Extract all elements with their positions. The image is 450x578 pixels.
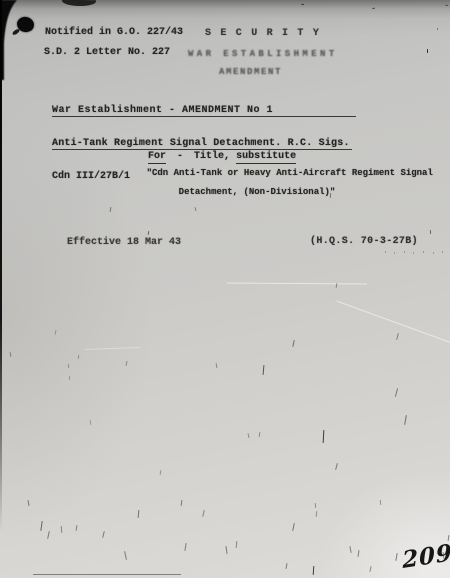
noise-speck bbox=[10, 352, 12, 357]
noise-speck bbox=[160, 470, 162, 475]
noise-speck bbox=[335, 463, 338, 470]
noise-speck bbox=[316, 511, 318, 517]
noise-speck bbox=[47, 531, 50, 539]
noise-speck bbox=[395, 388, 398, 397]
noise-speck bbox=[292, 340, 295, 347]
substituted-title-quote: "Cdn Anti-Tank or Heavy Anti-Aircraft Re… bbox=[125, 159, 417, 216]
noise-speck bbox=[313, 566, 315, 575]
quote-line1: "Cdn Anti-Tank or Heavy Anti-Aircraft Re… bbox=[147, 168, 433, 178]
noise-speck bbox=[315, 503, 317, 508]
noise-speck bbox=[138, 510, 140, 518]
noise-speck bbox=[349, 546, 351, 553]
noise-speck bbox=[225, 546, 227, 554]
noise-speck bbox=[404, 415, 407, 425]
noise-speck bbox=[369, 566, 372, 572]
noise-speck bbox=[427, 49, 428, 53]
noise-speck bbox=[259, 432, 261, 437]
noise-speck bbox=[90, 420, 92, 425]
faded-amendment-text: AMENDMENT bbox=[219, 67, 282, 77]
quote-line2: Detachment, (Non-Divisional)" bbox=[125, 188, 417, 198]
noise-speck bbox=[124, 551, 127, 560]
noise-speck bbox=[437, 28, 438, 30]
noise-speck bbox=[385, 251, 386, 253]
noise-speck bbox=[358, 550, 360, 557]
ink-smudge-top bbox=[62, 0, 96, 6]
noise-speck bbox=[148, 231, 150, 235]
security-heading: S E C U R I T Y bbox=[205, 28, 321, 39]
noise-speck bbox=[61, 526, 63, 533]
noise-speck bbox=[54, 330, 56, 335]
noise-speck bbox=[236, 541, 238, 548]
noise-speck bbox=[110, 207, 112, 212]
noise-speck bbox=[404, 251, 405, 253]
notified-stamp-line1: Notified in G.O. 227/43 bbox=[45, 27, 183, 38]
scratch-line bbox=[227, 283, 367, 285]
faded-war-establishment-text: WAR ESTABLISHMENT bbox=[188, 49, 338, 59]
file-reference: (H.Q.S. 70-3-27B) bbox=[310, 236, 418, 247]
noise-speck bbox=[78, 355, 80, 359]
noise-speck bbox=[372, 7, 375, 9]
title-line1: War Establishment - AMENDMENT No 1 bbox=[52, 106, 356, 117]
scratch-line bbox=[85, 347, 140, 350]
scan-edge-left bbox=[0, 0, 2, 578]
scan-corner-black bbox=[0, 0, 40, 80]
noise-speck bbox=[445, 5, 448, 6]
noise-speck bbox=[442, 251, 443, 253]
noise-speck bbox=[102, 531, 105, 538]
noise-speck bbox=[202, 510, 205, 517]
noise-speck bbox=[430, 230, 432, 234]
noise-speck bbox=[285, 563, 287, 569]
noise-speck bbox=[68, 364, 70, 368]
noise-speck bbox=[413, 252, 414, 254]
scanned-document-page: Notified in G.O. 227/43 S.D. 2 Letter No… bbox=[0, 0, 450, 578]
noise-speck bbox=[75, 525, 77, 531]
noise-speck bbox=[184, 543, 187, 551]
notified-stamp-line2: S.D. 2 Letter No. 227 bbox=[44, 47, 170, 58]
noise-speck bbox=[423, 251, 424, 253]
effective-date: Effective 18 Mar 43 bbox=[67, 237, 181, 248]
scratch-line bbox=[337, 301, 450, 345]
scan-edge-bottom-line bbox=[33, 574, 181, 575]
noise-speck bbox=[396, 333, 399, 340]
noise-speck bbox=[247, 433, 249, 438]
noise-speck bbox=[263, 365, 265, 375]
noise-speck bbox=[380, 500, 382, 505]
noise-speck bbox=[40, 521, 43, 531]
noise-speck bbox=[69, 376, 71, 380]
noise-speck bbox=[433, 252, 434, 254]
noise-speck bbox=[216, 363, 218, 368]
noise-speck bbox=[27, 500, 29, 506]
noise-speck bbox=[301, 4, 304, 5]
noise-speck bbox=[323, 430, 325, 443]
noise-speck bbox=[395, 553, 398, 561]
noise-speck bbox=[394, 252, 395, 254]
noise-speck bbox=[292, 523, 295, 531]
noise-speck bbox=[181, 500, 183, 506]
noise-speck bbox=[125, 361, 128, 366]
